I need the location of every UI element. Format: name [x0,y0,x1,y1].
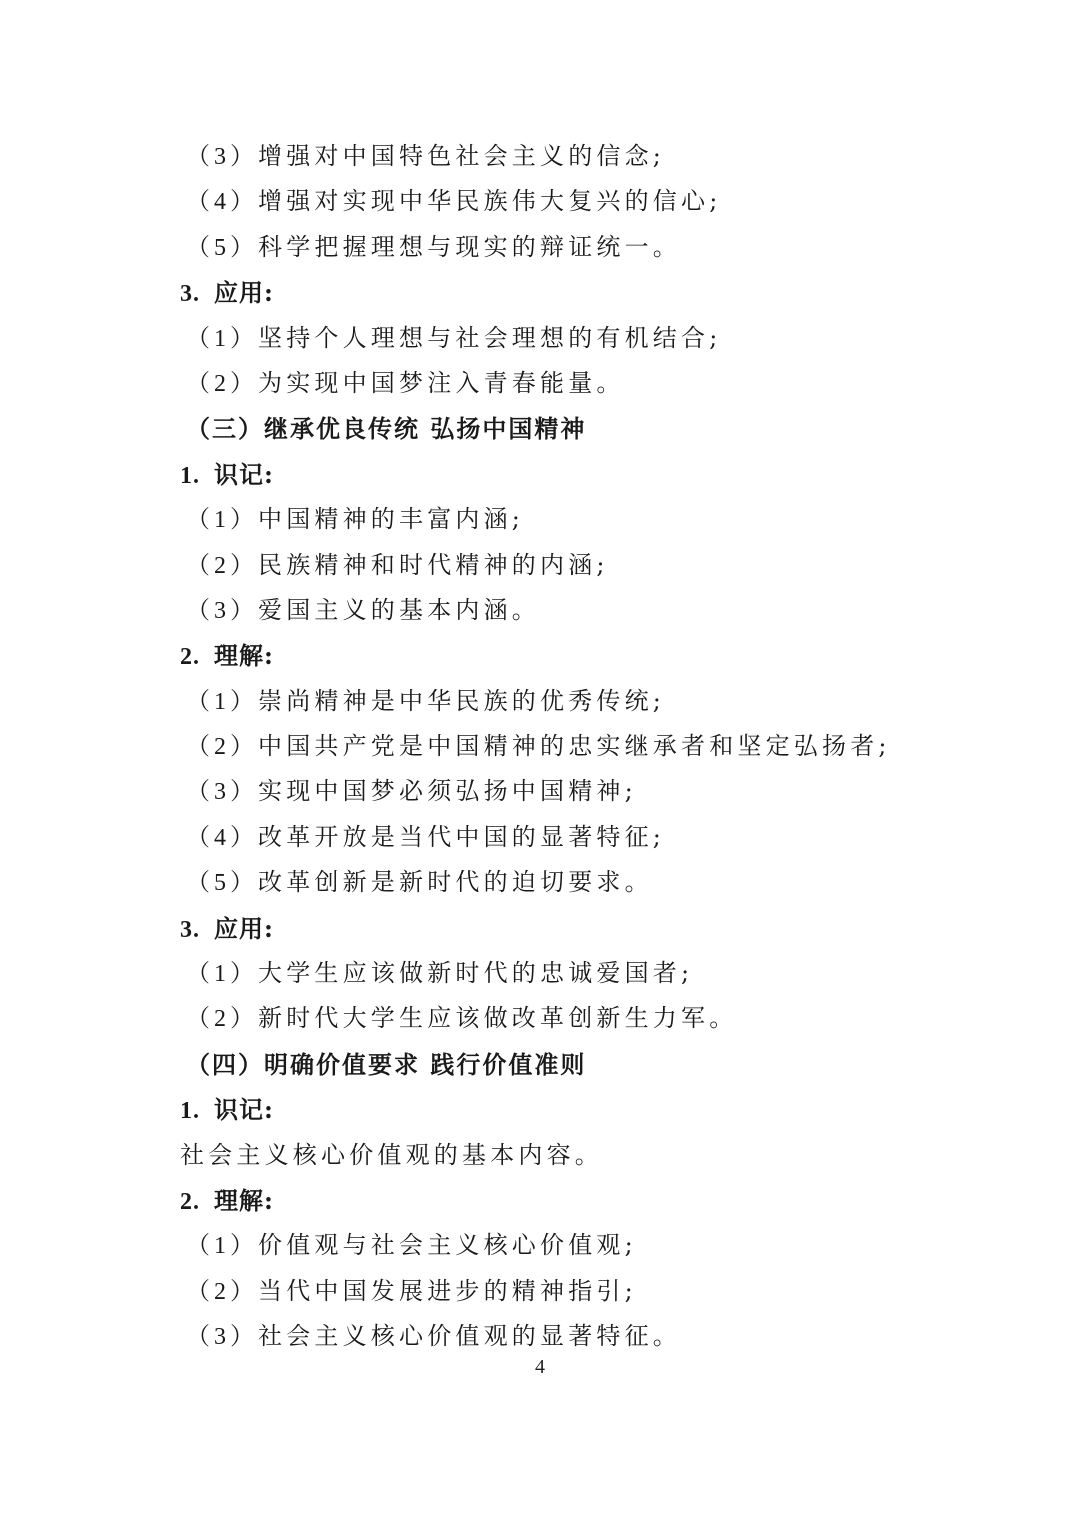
item-text: 价值观与社会主义核心价值观; [258,1231,637,1259]
heading-text: 识记: [214,1095,274,1124]
item-text: 爱国主义的基本内涵。 [258,596,540,624]
item-number: （2） [186,734,258,760]
item-number: （5） [186,870,258,896]
section-heading-3: （三）继承优良传统 弘扬中国精神 [178,406,898,451]
item-number: （3） [186,779,258,805]
heading-number: 3. [180,281,200,307]
list-item: （3）增强对中国特色社会主义的信念; [178,134,898,179]
item-number: （4） [186,825,258,851]
item-text: 大学生应该做新时代的忠诚爱国者; [258,959,693,987]
subheading-memorize: 1.识记: [178,452,898,497]
item-text: 中国共产党是中国精神的忠实继承者和坚定弘扬者; [258,732,891,760]
list-item: （1）崇尚精神是中华民族的优秀传统; [178,679,898,724]
item-number: （2） [186,1006,258,1032]
heading-number: 1. [180,1098,200,1124]
list-item: （3）爱国主义的基本内涵。 [178,588,898,633]
item-number: （1） [186,689,258,715]
item-text: 为实现中国梦注入青春能量。 [258,369,625,397]
item-text: 当代中国发展进步的精神指引; [258,1277,637,1305]
item-number: （5） [186,235,258,261]
section-number: （三） [186,414,264,443]
heading-number: 3. [180,917,200,943]
list-item: （1）价值观与社会主义核心价值观; [178,1223,898,1268]
subheading-application: 3.应用: [178,270,898,315]
heading-text: 理解: [214,1186,274,1215]
subheading-application: 3.应用: [178,906,898,951]
list-item: （3）社会主义核心价值观的显著特征。 [178,1314,898,1359]
paragraph: 社会主义核心价值观的基本内容。 [178,1133,898,1178]
item-text: 改革创新是新时代的迫切要求。 [258,868,653,896]
list-item: （2）民族精神和时代精神的内涵; [178,543,898,588]
list-item: （1）中国精神的丰富内涵; [178,497,898,542]
list-item: （4）改革开放是当代中国的显著特征; [178,815,898,860]
section-title: 明确价值要求 践行价值准则 [264,1050,586,1079]
list-item: （5）改革创新是新时代的迫切要求。 [178,860,898,905]
item-number: （2） [186,553,258,579]
list-item: （1）坚持个人理想与社会理想的有机结合; [178,316,898,361]
item-number: （1） [186,326,258,352]
section-heading-4: （四）明确价值要求 践行价值准则 [178,1042,898,1087]
item-number: （3） [186,598,258,624]
document-body: （3）增强对中国特色社会主义的信念; （4）增强对实现中华民族伟大复兴的信心; … [178,134,898,1360]
item-text: 中国精神的丰富内涵; [258,505,524,533]
heading-text: 理解: [214,641,274,670]
list-item: （2）中国共产党是中国精神的忠实继承者和坚定弘扬者; [178,724,898,769]
item-text: 民族精神和时代精神的内涵; [258,551,609,579]
list-item: （1）大学生应该做新时代的忠诚爱国者; [178,951,898,996]
list-item: （5）科学把握理想与现实的辩证统一。 [178,225,898,270]
item-text: 科学把握理想与现实的辩证统一。 [258,233,681,261]
subheading-memorize: 1.识记: [178,1087,898,1132]
subheading-understand: 2.理解: [178,633,898,678]
item-number: （2） [186,1279,258,1305]
item-text: 增强对中国特色社会主义的信念; [258,142,665,170]
heading-text: 识记: [214,460,274,489]
item-number: （4） [186,189,258,215]
section-number: （四） [186,1050,264,1079]
section-title: 继承优良传统 弘扬中国精神 [264,414,586,443]
subheading-understand: 2.理解: [178,1178,898,1223]
list-item: （3）实现中国梦必须弘扬中国精神; [178,769,898,814]
item-text: 改革开放是当代中国的显著特征; [258,823,665,851]
heading-text: 应用: [214,914,274,943]
list-item: （2）当代中国发展进步的精神指引; [178,1269,898,1314]
list-item: （2）新时代大学生应该做改革创新生力军。 [178,996,898,1041]
document-page: （3）增强对中国特色社会主义的信念; （4）增强对实现中华民族伟大复兴的信心; … [0,0,1080,1527]
list-item: （4）增强对实现中华民族伟大复兴的信心; [178,179,898,224]
item-number: （3） [186,144,258,170]
heading-number: 2. [180,1189,200,1215]
item-number: （1） [186,961,258,987]
item-text: 实现中国梦必须弘扬中国精神; [258,777,637,805]
heading-text: 应用: [214,278,274,307]
item-text: 社会主义核心价值观的显著特征。 [258,1322,681,1350]
item-text: 坚持个人理想与社会理想的有机结合; [258,324,722,352]
heading-number: 1. [180,463,200,489]
heading-number: 2. [180,644,200,670]
item-text: 新时代大学生应该做改革创新生力军。 [258,1004,737,1032]
list-item: （2）为实现中国梦注入青春能量。 [178,361,898,406]
item-text: 增强对实现中华民族伟大复兴的信心; [258,187,722,215]
item-number: （2） [186,371,258,397]
item-number: （3） [186,1324,258,1350]
item-number: （1） [186,507,258,533]
page-number: 4 [0,1356,1080,1379]
paragraph-text: 社会主义核心价值观的基本内容。 [180,1141,603,1169]
item-number: （1） [186,1233,258,1259]
item-text: 崇尚精神是中华民族的优秀传统; [258,687,665,715]
